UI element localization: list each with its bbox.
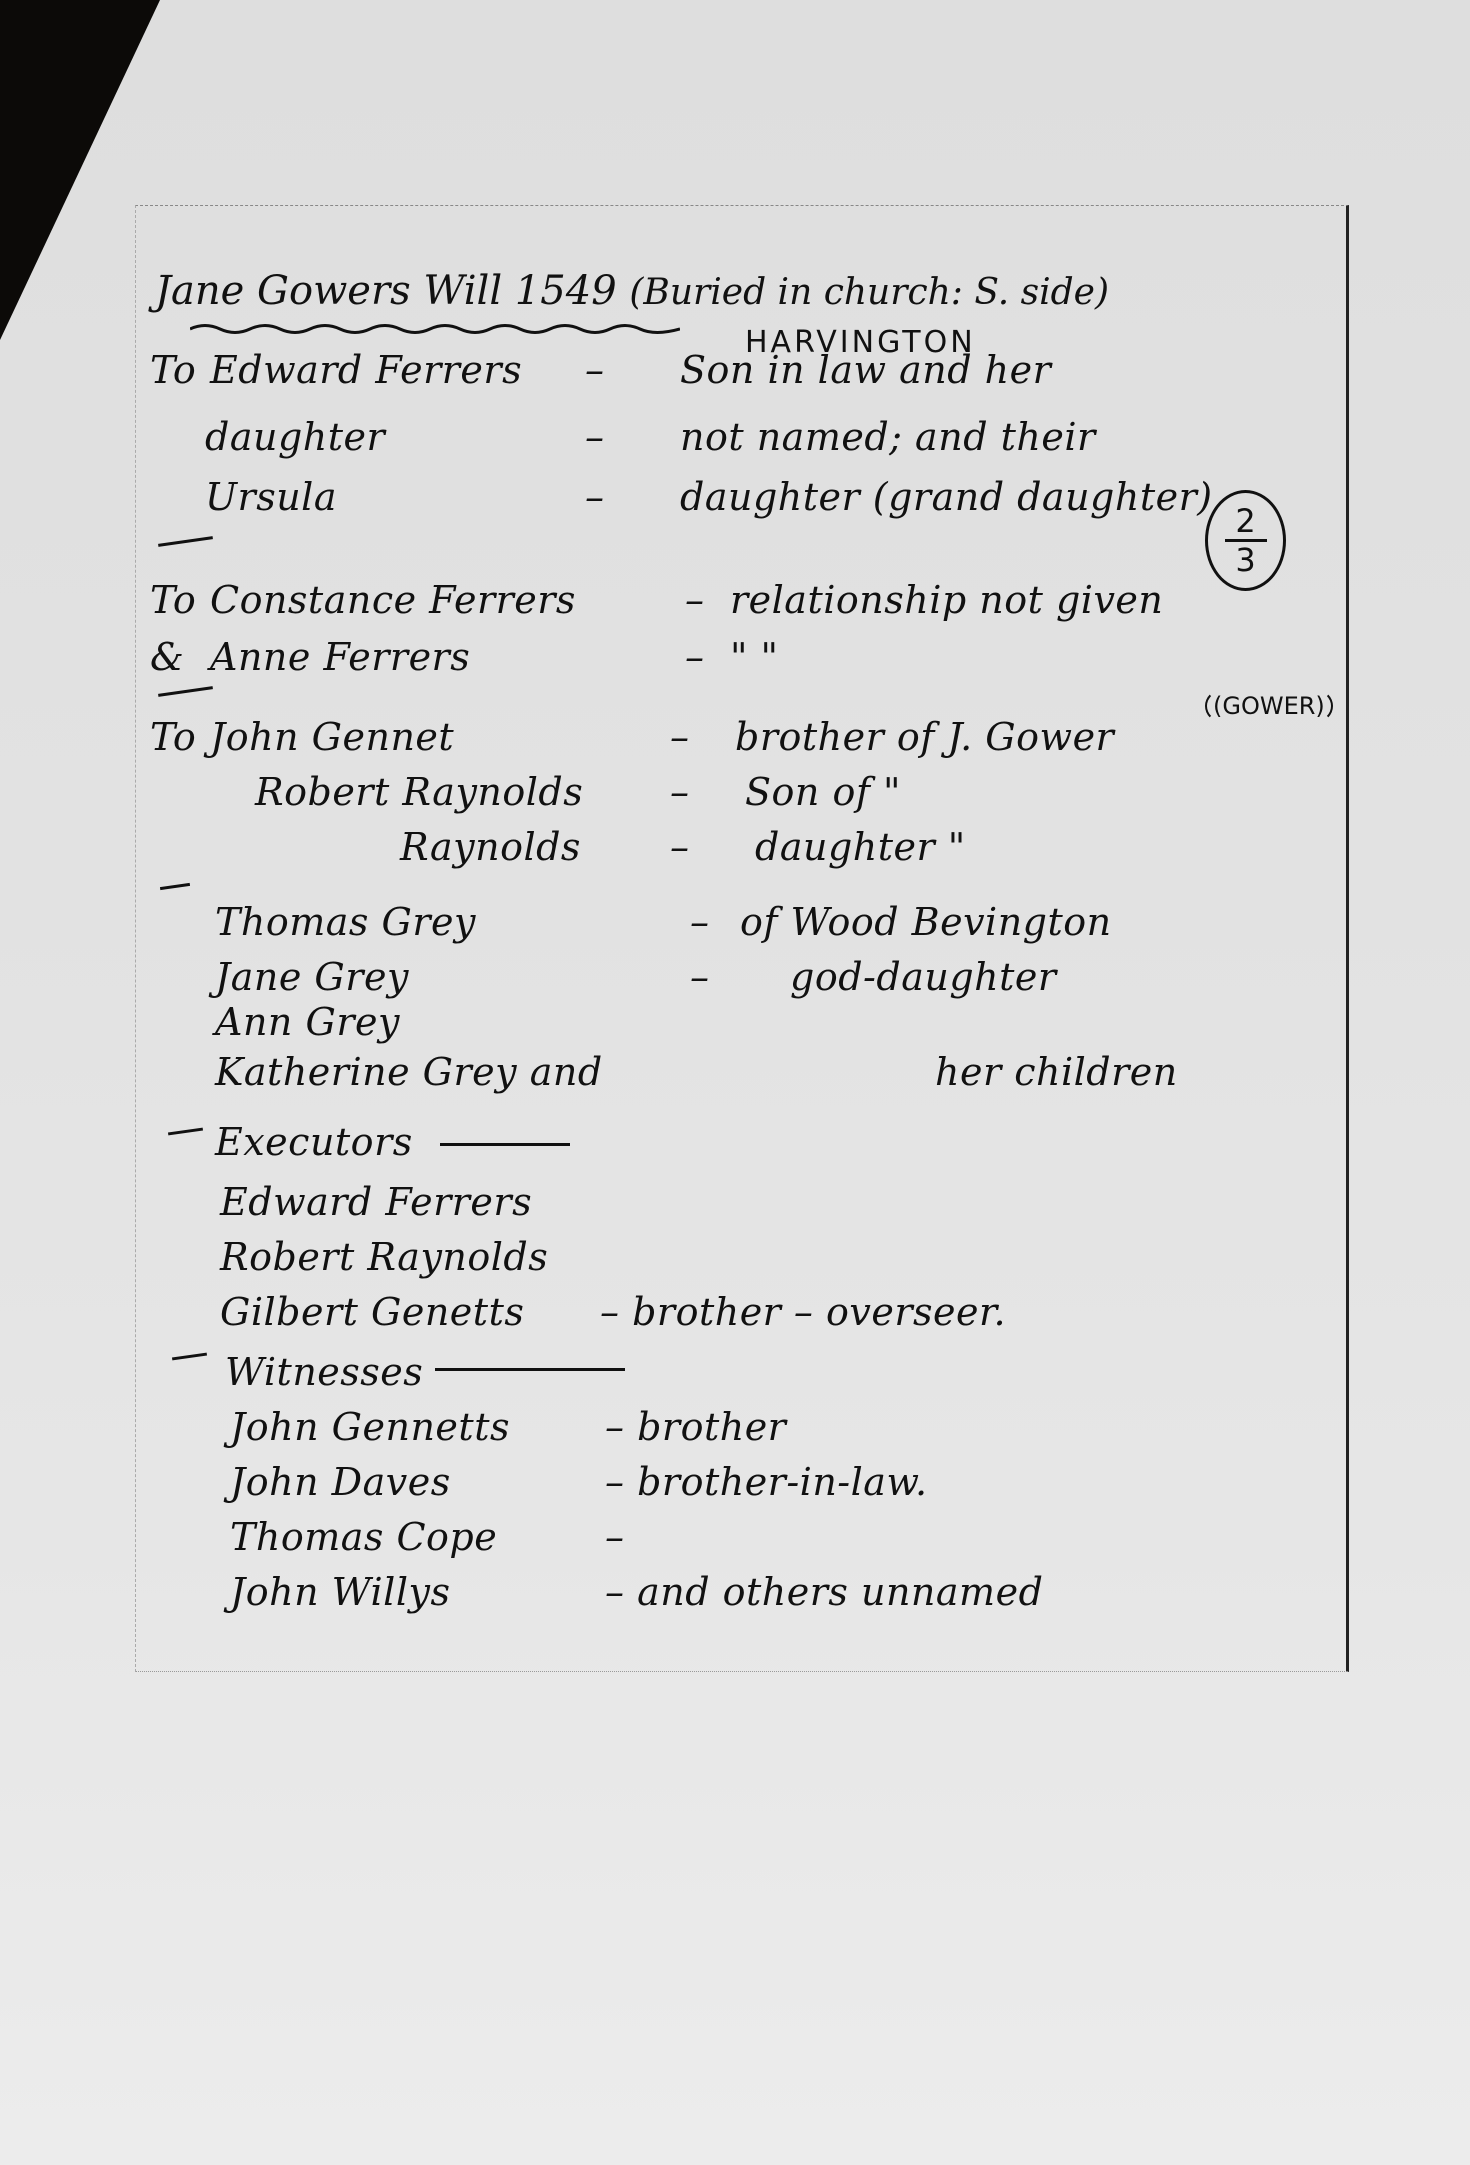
dash-separator: –	[585, 415, 605, 459]
relationship-note: Son in law and her	[680, 348, 1051, 392]
person-note: – brother – overseer.	[600, 1290, 1006, 1334]
beneficiary-name: Anne Ferrers	[210, 635, 470, 679]
beneficiary-name: Ann Grey	[215, 1000, 400, 1044]
person-note: –	[605, 1515, 625, 1559]
person-name: Thomas Cope	[230, 1515, 497, 1559]
relationship-note: brother of J. Gower	[735, 715, 1114, 759]
heading-rule	[440, 1143, 570, 1146]
dash-separator: –	[670, 715, 690, 759]
dash-separator: –	[670, 825, 690, 869]
relationship-note: relationship not given	[730, 578, 1163, 622]
beneficiary-name: Ursula	[205, 475, 337, 519]
beneficiary-name: Edward Ferrers	[210, 348, 522, 392]
person-note: – brother-in-law.	[605, 1460, 928, 1504]
beneficiary-name: Constance Ferrers	[210, 578, 576, 622]
aside-note: (GOWER)	[1205, 690, 1333, 722]
bequest-prefix: To	[150, 348, 196, 392]
beneficiary-name: Robert Raynolds	[255, 770, 583, 814]
person-name: John Gennetts	[230, 1405, 510, 1449]
relationship-note: daughter "	[755, 825, 966, 869]
beneficiary-name: daughter	[205, 415, 385, 459]
person-name: John Daves	[230, 1460, 451, 1504]
relationship-note: not named; and their	[680, 415, 1096, 459]
relationship-note: daughter (grand daughter)	[680, 475, 1213, 519]
relationship-note: " "	[730, 635, 779, 679]
dash-separator: –	[670, 770, 690, 814]
person-note: – and others unnamed	[605, 1570, 1043, 1614]
dash-separator: –	[585, 475, 605, 519]
dash-separator: –	[690, 955, 710, 999]
dash-separator: –	[690, 900, 710, 944]
relationship-note: god-daughter	[790, 955, 1057, 999]
bequest-prefix: &	[150, 635, 184, 679]
dash-separator: –	[685, 635, 705, 679]
beneficiary-name: Raynolds	[400, 825, 581, 869]
document-title: Jane Gowers Will 1549 (Buried in church:…	[155, 268, 1109, 314]
relationship-note: of Wood Bevington	[740, 900, 1112, 944]
relationship-note: her children	[935, 1050, 1178, 1094]
dash-separator: –	[685, 578, 705, 622]
relationship-note: Son of "	[745, 770, 901, 814]
dash-separator: –	[585, 348, 605, 392]
person-name: John Willys	[230, 1570, 450, 1614]
wavy-underline	[190, 322, 680, 336]
title-note: (Buried in church: S. side)	[629, 272, 1109, 313]
circled-page-mark: 2 3	[1205, 490, 1286, 591]
witnesses-heading: Witnesses	[225, 1350, 423, 1394]
heading-rule	[435, 1368, 625, 1371]
beneficiary-name: Jane Grey	[215, 955, 409, 999]
executors-heading: Executors	[215, 1120, 413, 1164]
beneficiary-name: Thomas Grey	[215, 900, 476, 944]
person-note: – brother	[605, 1405, 786, 1449]
bequest-prefix: To	[150, 715, 196, 759]
beneficiary-name: Katherine Grey and	[215, 1050, 603, 1094]
beneficiary-name: John Gennet	[210, 715, 454, 759]
person-name: Edward Ferrers	[220, 1180, 532, 1224]
bequest-prefix: To	[150, 578, 196, 622]
person-name: Robert Raynolds	[220, 1235, 548, 1279]
person-name: Gilbert Genetts	[220, 1290, 524, 1334]
